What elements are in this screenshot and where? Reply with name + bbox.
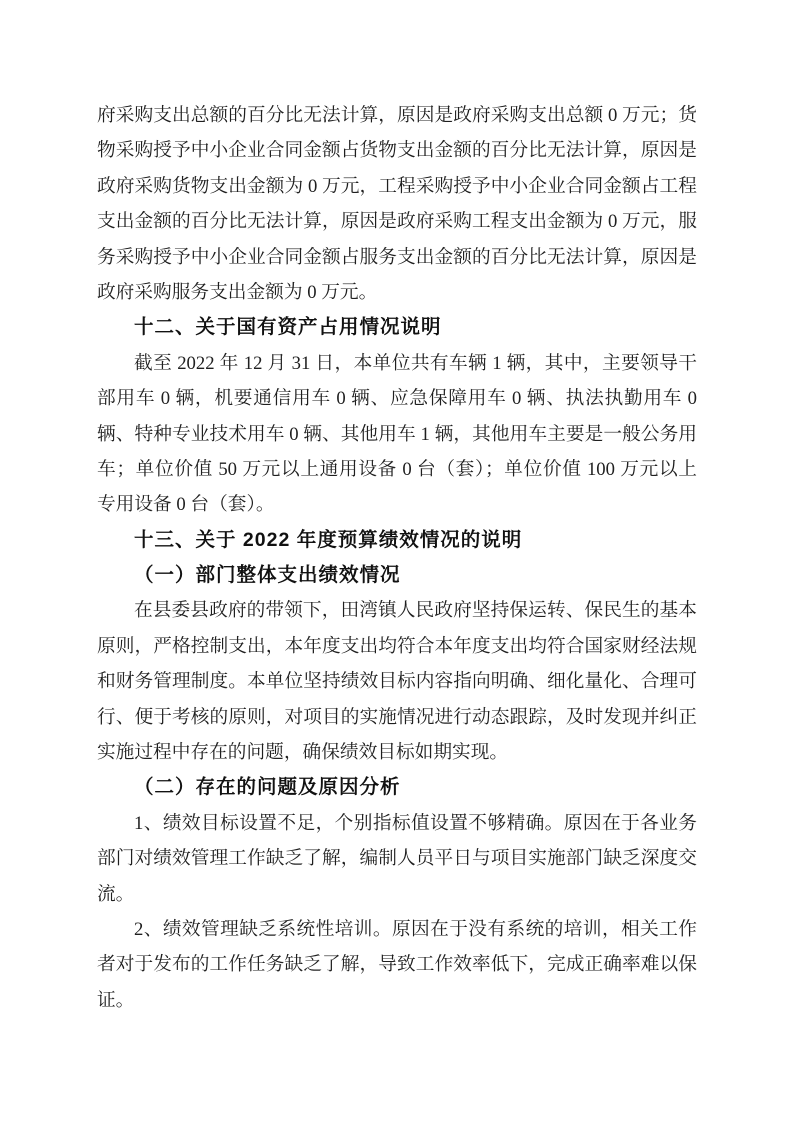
paragraph: 1、绩效目标设置不足，个别指标值设置不够精确。原因在于各业务部门对绩效管理工作缺… [97, 806, 697, 912]
text-line: 2、绩效管理缺乏系统性培训。原因在于没有系统的培训，相关工作 [97, 912, 697, 947]
text-line: 物采购授予中小企业合同金额占货物支出金额的百分比无法计算，原因是 [97, 133, 697, 168]
paragraph: 府采购支出总额的百分比无法计算，原因是政府采购支出总额 0 万元；货物采购授予中… [97, 98, 697, 310]
text-line: 行、便于考核的原则，对项目的实施情况进行动态跟踪，及时发现并纠正 [97, 700, 697, 735]
text-line: 证。 [97, 983, 697, 1018]
text-line: 原则，严格控制支出，本年度支出均符合本年度支出均符合国家财经法规 [97, 629, 697, 664]
text-line: 车；单位价值 50 万元以上通用设备 0 台（套）；单位价值 100 万元以上 [97, 452, 697, 487]
text-line: 截至 2022 年 12 月 31 日，本单位共有车辆 1 辆，其中，主要领导干 [97, 346, 697, 381]
document-page: 府采购支出总额的百分比无法计算，原因是政府采购支出总额 0 万元；货物采购授予中… [0, 0, 793, 1122]
heading-line: （二）存在的问题及原因分析 [97, 770, 697, 805]
paragraph: 2、绩效管理缺乏系统性培训。原因在于没有系统的培训，相关工作者对于发布的工作任务… [97, 912, 697, 1018]
text-line: 部门对绩效管理工作缺乏了解，编制人员平日与项目实施部门缺乏深度交 [97, 841, 697, 876]
heading-line: 十二、关于国有资产占用情况说明 [97, 310, 697, 345]
text-line: 专用设备 0 台（套）。 [97, 487, 697, 522]
paragraph: 截至 2022 年 12 月 31 日，本单位共有车辆 1 辆，其中，主要领导干… [97, 346, 697, 523]
text-line: 在县委县政府的带领下，田湾镇人民政府坚持保运转、保民生的基本 [97, 593, 697, 628]
text-line: 支出金额的百分比无法计算，原因是政府采购工程支出金额为 0 万元，服 [97, 204, 697, 239]
text-line: 府采购支出总额的百分比无法计算，原因是政府采购支出总额 0 万元；货 [97, 98, 697, 133]
document-body: 府采购支出总额的百分比无法计算，原因是政府采购支出总额 0 万元；货物采购授予中… [97, 98, 697, 1018]
section-heading: （一）部门整体支出绩效情况 [97, 558, 697, 593]
text-line: 和财务管理制度。本单位坚持绩效目标内容指向明确、细化量化、合理可 [97, 664, 697, 699]
heading-line: 十三、关于 2022 年度预算绩效情况的说明 [97, 523, 697, 558]
text-line: 部用车 0 辆，机要通信用车 0 辆、应急保障用车 0 辆、执法执勤用车 0 [97, 381, 697, 416]
section-heading: 十三、关于 2022 年度预算绩效情况的说明 [97, 523, 697, 558]
text-line: 政府采购货物支出金额为 0 万元，工程采购授予中小企业合同金额占工程 [97, 169, 697, 204]
text-line: 务采购授予中小企业合同金额占服务支出金额的百分比无法计算，原因是 [97, 240, 697, 275]
section-heading: （二）存在的问题及原因分析 [97, 770, 697, 805]
paragraph: 在县委县政府的带领下，田湾镇人民政府坚持保运转、保民生的基本原则，严格控制支出，… [97, 593, 697, 770]
text-line: 辆、特种专业技术用车 0 辆、其他用车 1 辆，其他用车主要是一般公务用 [97, 417, 697, 452]
text-line: 者对于发布的工作任务缺乏了解，导致工作效率低下，完成正确率难以保 [97, 947, 697, 982]
text-line: 实施过程中存在的问题，确保绩效目标如期实现。 [97, 735, 697, 770]
section-heading: 十二、关于国有资产占用情况说明 [97, 310, 697, 345]
heading-line: （一）部门整体支出绩效情况 [97, 558, 697, 593]
text-line: 政府采购服务支出金额为 0 万元。 [97, 275, 697, 310]
text-line: 1、绩效目标设置不足，个别指标值设置不够精确。原因在于各业务 [97, 806, 697, 841]
text-line: 流。 [97, 877, 697, 912]
